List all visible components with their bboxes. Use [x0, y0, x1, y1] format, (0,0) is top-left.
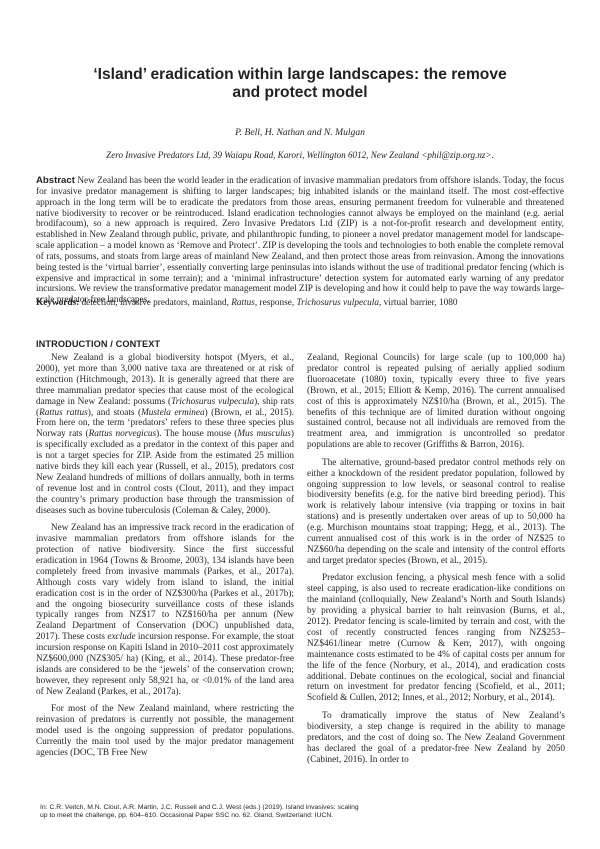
title-line-1: ‘Island’ eradication within large landsc…: [93, 66, 506, 83]
paragraph: To dramatically improve the status of Ne…: [307, 711, 565, 766]
emphasis: exclude: [107, 632, 135, 642]
species-name: Mustela erminea: [141, 408, 205, 418]
citation-footer: In: C.R. Veitch, M.N. Clout, A.R. Martin…: [40, 804, 420, 821]
text-run: ) is specifically excluded as a predator…: [36, 429, 294, 515]
species-name: Trichosurus vulpecula: [171, 397, 254, 407]
keyword-trichosurus: Trichosurus vulpecula: [297, 298, 379, 308]
paragraph: New Zealand has an impressive track reco…: [36, 523, 294, 698]
paragraph: For most of the New Zealand mainland, wh…: [36, 704, 294, 759]
keywords: Keywords: detection, invasive predators,…: [36, 298, 564, 309]
affiliation: Zero Invasive Predators Ltd, 39 Waiapu R…: [0, 149, 600, 161]
keywords-part: , virtual barrier, 1080: [379, 298, 458, 308]
species-name: Rattus rattus: [39, 408, 88, 418]
paper-title: ‘Island’ eradication within large landsc…: [60, 66, 540, 102]
abstract: Abstract New Zealand has been the world …: [36, 176, 564, 306]
paragraph-continued: Zealand, Regional Councils) for large sc…: [307, 353, 565, 451]
paragraph: New Zealand is a global biodiversity hot…: [36, 353, 294, 517]
right-column: Zealand, Regional Councils) for large sc…: [307, 353, 565, 765]
footer-line-2: up to meet the challenge, pp. 604–610. O…: [40, 812, 420, 820]
authors: P. Bell, H. Nathan and N. Mulgan: [0, 127, 600, 139]
keywords-label: Keywords:: [36, 298, 79, 308]
species-name: Rattus norvegicus: [89, 429, 156, 439]
abstract-text: New Zealand has been the world leader in…: [36, 176, 564, 305]
text-run: New Zealand has an impressive track reco…: [36, 523, 294, 642]
paragraph: The alternative, ground-based predator c…: [307, 458, 565, 567]
keyword-rattus: Rattus: [231, 298, 255, 308]
keywords-part: detection, invasive predators, mainland,: [81, 298, 231, 308]
keywords-part: , response,: [255, 298, 297, 308]
left-column: New Zealand is a global biodiversity hot…: [36, 353, 294, 759]
abstract-label: Abstract: [36, 175, 75, 186]
text-run: ). The house mouse (: [156, 429, 237, 439]
section-heading-introduction: INTRODUCTION / CONTEXT: [36, 339, 160, 350]
paragraph: Predator exclusion fencing, a physical m…: [307, 573, 565, 704]
species-name: Mus musculus: [237, 429, 291, 439]
title-line-2: and protect model: [232, 84, 367, 101]
footer-line-1: In: C.R. Veitch, M.N. Clout, A.R. Martin…: [40, 804, 420, 812]
text-run: ), and stoats (: [88, 408, 141, 418]
